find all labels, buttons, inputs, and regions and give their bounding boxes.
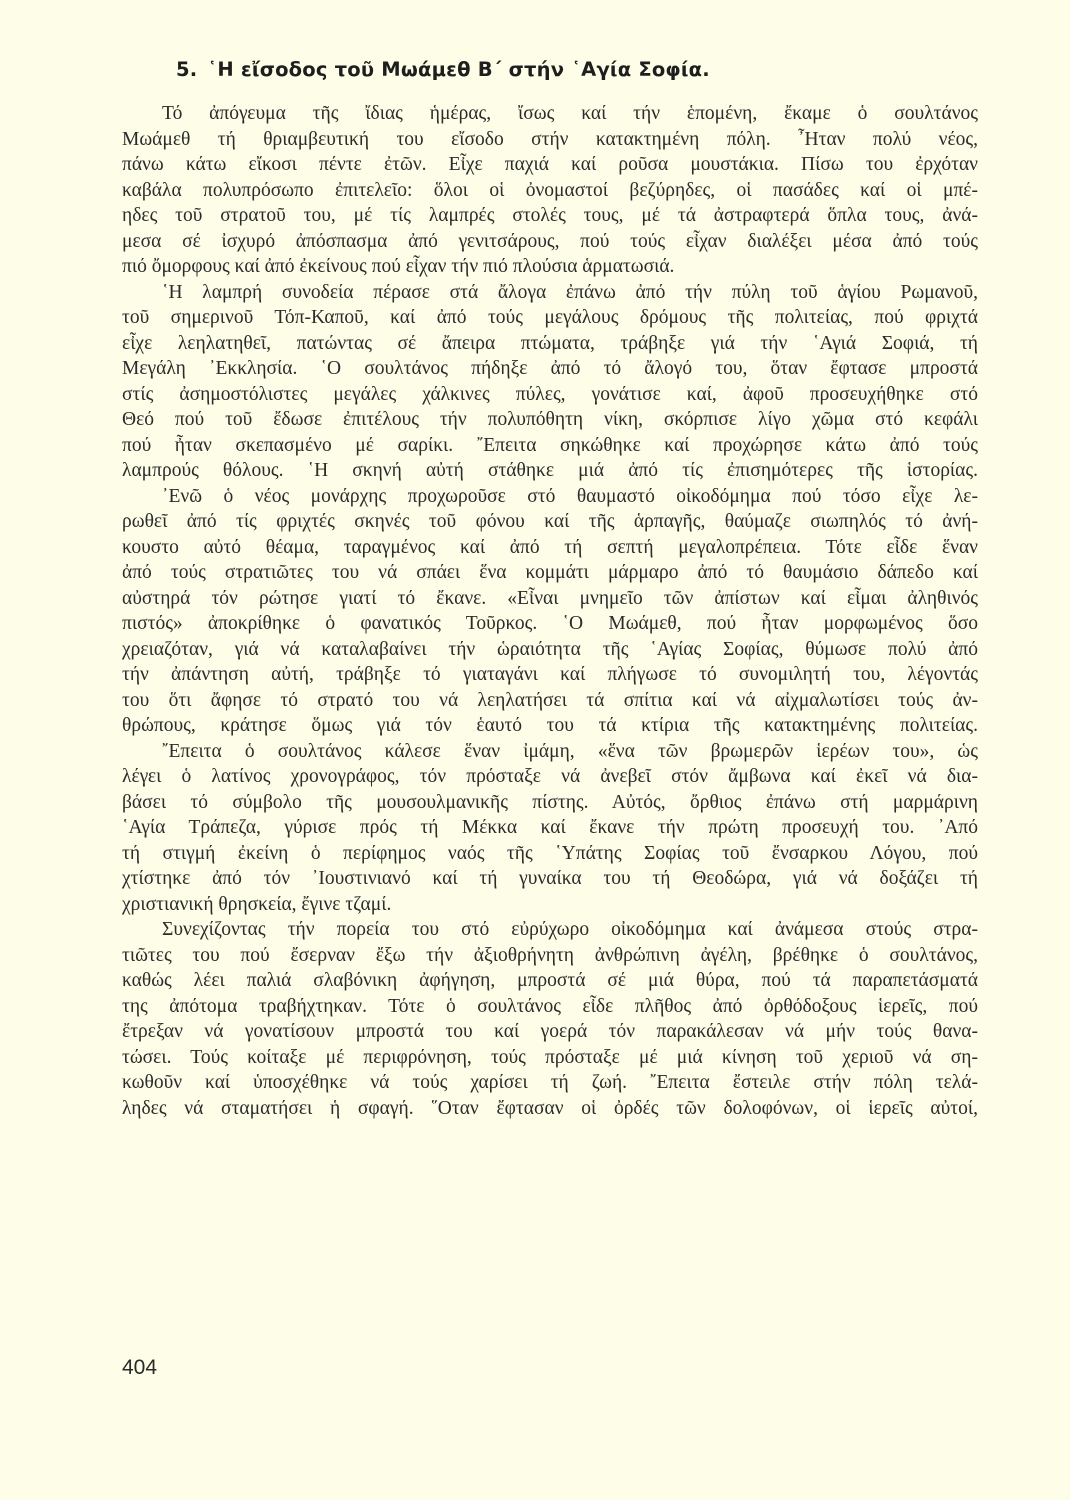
- text-line: βάσει τό σύμβολο τῆς μουσουλμανικῆς πίστ…: [122, 790, 978, 816]
- text-line: ηδες τοῦ στρατοῦ του, μέ τίς λαμπρές στο…: [122, 203, 978, 229]
- text-line: ῾Η λαμπρή συνοδεία πέρασε στά ἄλογα ἐπάν…: [122, 280, 978, 306]
- text-line: αὐστηρά τόν ρώτησε γιατί τό ἔκανε. «Εἶνα…: [122, 586, 978, 612]
- text-line: πάνω κάτω εἴκοσι πέντε ἐτῶν. Εἶχε παχιά …: [122, 152, 978, 178]
- text-line: χτίστηκε ἀπό τόν ᾿Ιουστινιανό καί τή γυν…: [122, 866, 978, 892]
- text-line: Μεγάλη ᾿Εκκλησία. ῾Ο σουλτάνος πήδηξε ἀπ…: [122, 356, 978, 382]
- text-line: πιστός» ἀποκρίθηκε ὁ φανατικός Τοῦρκος. …: [122, 611, 978, 637]
- body-text: Τό ἀπόγευμα τῆς ἴδιας ἡμέρας, ἴσως καί τ…: [122, 101, 978, 1121]
- text-line: καβάλα πολυπρόσωπο ἐπιτελεῖο: ὅλοι οἱ ὀν…: [122, 178, 978, 204]
- text-line: ἔτρεξαν νά γονατίσουν μπροστά του καί γο…: [122, 1019, 978, 1045]
- text-line: τήν ἀπάντηση αὐτή, τράβηξε τό γιαταγάνι …: [122, 662, 978, 688]
- text-line: καθώς λέει παλιά σλαβόνικη ἀφήγηση, μπρο…: [122, 968, 978, 994]
- text-line: πού ἦταν σκεπασμένο μέ σαρίκι. ῎Επειτα σ…: [122, 433, 978, 459]
- text-line: λαμπρούς θόλους. ῾Η σκηνή αὐτή στάθηκε μ…: [122, 458, 978, 484]
- text-line: τώσει. Τούς κοίταξε μέ περιφρόνηση, τούς…: [122, 1045, 978, 1071]
- text-line: ᾿Ενῶ ὁ νέος μονάρχης προχωροῦσε στό θαυμ…: [122, 484, 978, 510]
- text-line: λέγει ὁ λατίνος χρονογράφος, τόν πρόσταξ…: [122, 764, 978, 790]
- text-line: της ἀπότομα τραβήχτηκαν. Τότε ὁ σουλτάνο…: [122, 994, 978, 1020]
- text-line: μεσα σέ ἰσχυρό ἀπόσπασμα ἀπό γενιτσάρους…: [122, 229, 978, 255]
- text-line: χριστιανική θρησκεία, ἔγινε τζαμί.: [122, 892, 978, 918]
- book-page: 5.῾Η εἴσοδος τοῦ Μωάμεθ Β΄ στήν ῾Αγία Σο…: [0, 0, 1070, 1500]
- page-number: 404: [122, 1356, 157, 1380]
- text-line: κουστο αὐτό θέαμα, ταραγμένος καί ἀπό τή…: [122, 535, 978, 561]
- text-line: Μωάμεθ τή θριαμβευτική του εἴσοδο στήν κ…: [122, 127, 978, 153]
- text-line: στίς ἀσημοστόλιστες μεγάλες χάλκινες πύλ…: [122, 382, 978, 408]
- text-line: Τό ἀπόγευμα τῆς ἴδιας ἡμέρας, ἴσως καί τ…: [122, 101, 978, 127]
- section-title: ῾Η εἴσοδος τοῦ Μωάμεθ Β΄ στήν ῾Αγία Σοφί…: [207, 58, 710, 81]
- text-line: τιῶτες του πού ἔσερναν ἔξω τήν ἀξιοθρήνη…: [122, 943, 978, 969]
- text-line: εἶχε λεηλατηθεῖ, πατώντας σέ ἄπειρα πτώμ…: [122, 331, 978, 357]
- section-number: 5.: [176, 58, 197, 81]
- text-line: Θεό πού τοῦ ἔδωσε ἐπιτέλους τήν πολυπόθη…: [122, 407, 978, 433]
- text-line: ληδες νά σταματήσει ἡ σφαγή. ῞Οταν ἔφτασ…: [122, 1096, 978, 1122]
- text-line: ρωθεῖ ἀπό τίς φριχτές σκηνές τοῦ φόνου κ…: [122, 509, 978, 535]
- text-line: ἀπό τούς στρατιῶτες του νά σπάει ἕνα κομ…: [122, 560, 978, 586]
- text-line: θρώπους, κράτησε ὅμως γιά τόν ἑαυτό του …: [122, 713, 978, 739]
- text-line: χρειαζόταν, γιά νά καταλαβαίνει τήν ὡραι…: [122, 637, 978, 663]
- section-heading: 5.῾Η εἴσοδος τοῦ Μωάμεθ Β΄ στήν ῾Αγία Σο…: [176, 58, 976, 81]
- text-line: του ὅτι ἄφησε τό στρατό του νά λεηλατήσε…: [122, 688, 978, 714]
- text-line: Συνεχίζοντας τήν πορεία του στό εὐρύχωρο…: [122, 917, 978, 943]
- text-line: ῎Επειτα ὁ σουλτάνος κάλεσε ἕναν ἰμάμη, «…: [122, 739, 978, 765]
- text-line: τή στιγμή ἐκείνη ὁ περίφημος ναός τῆς ῾Υ…: [122, 841, 978, 867]
- text-line: κωθοῦν καί ὑποσχέθηκε νά τούς χαρίσει τή…: [122, 1070, 978, 1096]
- text-line: πιό ὄμορφους καί ἀπό ἐκείνους πού εἶχαν …: [122, 254, 978, 280]
- text-line: τοῦ σημερινοῦ Τόπ-Καποῦ, καί ἀπό τούς με…: [122, 305, 978, 331]
- text-line: ῾Αγία Τράπεζα, γύρισε πρός τή Μέκκα καί …: [122, 815, 978, 841]
